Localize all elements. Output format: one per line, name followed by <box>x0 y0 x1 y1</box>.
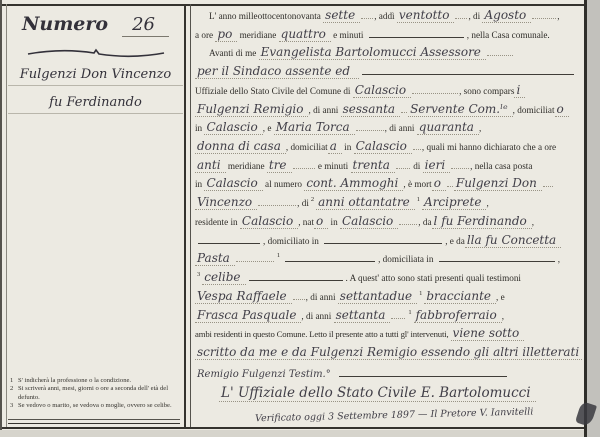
footnote-bottom-rule <box>8 419 180 420</box>
handwritten-text: sette <box>323 8 360 23</box>
document-line: Remigio Fulgenzi Testim.° <box>195 362 583 384</box>
right-gutter <box>587 0 600 437</box>
dotted-rule <box>487 53 513 56</box>
print-text: , di anni <box>308 105 340 115</box>
document-line: donna di casa, domiciliata in Calascio, … <box>195 137 583 156</box>
print-text: , nat <box>298 217 314 227</box>
footnote-3: 3 Se vedovo o marito, se vedova o moglie… <box>10 402 180 410</box>
print-text: meridiane <box>226 161 267 171</box>
handwritten-text: Calascio <box>204 120 262 135</box>
footnote-1: 1 S' indicherà la professione o la condi… <box>10 377 180 385</box>
document-line: Vespa Raffaele, di anni settantadue1brac… <box>195 287 583 306</box>
document-line: residente in Calascio, nato in Calascio,… <box>195 212 583 231</box>
blank-field-line <box>362 71 574 75</box>
handwritten-text: Calascio <box>204 176 262 191</box>
handwritten-text: i <box>514 83 525 98</box>
print-text: , quali mi hanno dichiarato che a ore <box>422 142 556 152</box>
print-text: , <box>558 254 560 264</box>
print-text: , di <box>297 198 309 208</box>
record-number-value: 26 <box>122 14 169 37</box>
dotted-rule <box>293 166 315 169</box>
footnote-2-text: Si scriverà anni, mesi, giorni o ore a s… <box>18 385 180 402</box>
blank-field-line <box>285 258 375 262</box>
dotted-rule <box>532 16 556 19</box>
print-text: di <box>411 161 423 171</box>
print-text: , <box>532 217 534 227</box>
print-text: , <box>557 11 559 21</box>
handwritten-text: Pasta <box>195 251 235 266</box>
print-text: . A quest' atto sono stati presenti qual… <box>346 273 521 283</box>
handwritten-text: celibe <box>202 270 245 285</box>
print-text: , nella Casa comunale. <box>467 30 550 40</box>
dotted-rule <box>543 184 553 187</box>
print-text: L' anno milleottocentonovanta <box>209 11 323 21</box>
document-line: Avanti di me Evangelista Bartolomucci As… <box>195 43 583 62</box>
footnote-1-text: S' indicherà la professione o la condizi… <box>18 377 180 385</box>
dotted-rule <box>399 222 417 225</box>
footnote-ref-sup: 1 <box>408 309 411 316</box>
dotted-rule <box>447 184 453 187</box>
handwritten-text: Fulgenzi Remigio <box>195 102 308 117</box>
footnote-ref-sup: 1 <box>277 252 280 259</box>
handwritten-text: anti <box>195 158 226 173</box>
handwritten-text: Calascio <box>240 214 298 229</box>
dotted-rule <box>258 203 296 206</box>
print-text: , e <box>496 292 505 302</box>
print-text: ambi residenti in questo Comune. Letto i… <box>195 329 451 339</box>
handwritten-text: donna di casa <box>195 139 286 154</box>
handwritten-text: o <box>314 214 328 229</box>
handwritten-text: Maria Torca <box>274 120 355 135</box>
handwritten-text: Verificato oggi 3 Settembre 1897 — Il Pr… <box>253 406 538 424</box>
document-line: in Calascio, e Maria Torca, di anni quar… <box>195 118 583 137</box>
handwritten-text: Remigio Fulgenzi Testim.° <box>195 369 336 380</box>
handwritten-text: Frasca Pasquale <box>195 308 301 323</box>
print-text: , di anni <box>301 311 333 321</box>
dotted-rule <box>401 110 407 113</box>
handwritten-text: viene sotto <box>451 326 525 341</box>
document-line: , domiciliato in , e dalla fu Concetta <box>195 231 583 250</box>
dotted-rule <box>451 166 469 169</box>
document-line: Vincenzo, di2anni ottantatre1Arciprete, <box>195 193 583 212</box>
blank-field-line <box>249 277 343 281</box>
print-text: , domiciliato in <box>263 236 321 246</box>
blank-field-line <box>324 240 442 244</box>
document-line: L' anno milleottocentonovanta sette, add… <box>195 6 583 25</box>
footnote-3-text: Se vedovo o marito, se vedova o moglie, … <box>18 402 180 410</box>
handwritten-text: a <box>328 139 342 154</box>
print-text: , <box>479 123 481 133</box>
dotted-rule <box>412 91 458 94</box>
handwritten-text: trenta <box>351 158 395 173</box>
print-text: in <box>342 142 354 152</box>
print-text: a ore <box>195 30 215 40</box>
print-text: , <box>502 311 504 321</box>
print-text: , e da <box>445 236 465 246</box>
footnote-2-number: 2 <box>10 385 18 402</box>
print-text: in <box>328 217 340 227</box>
deceased-patronymic-margin: fu Ferdinando <box>8 95 183 114</box>
handwritten-text: Fulgenzi Don <box>454 176 542 191</box>
print-text: , e <box>263 123 274 133</box>
footnote-ref-sup: 1 <box>417 196 420 203</box>
handwritten-text: scritto da me e da Fulgenzi Remigio esse… <box>195 345 583 360</box>
print-text: e minuti <box>316 161 351 171</box>
dotted-rule <box>293 297 305 300</box>
handwritten-text: Arciprete <box>422 195 486 210</box>
document-line: Frasca Pasquale, di anni settanta1fabbro… <box>195 306 583 325</box>
dotted-rule <box>455 16 467 19</box>
blank-field-line <box>369 34 464 38</box>
margin-column: Numero 26 Fulgenzi Don Vincenzo fu Ferdi… <box>8 5 183 427</box>
dotted-rule <box>391 316 405 319</box>
column-divider-inner-rule <box>190 4 191 429</box>
blank-field-line <box>439 258 555 262</box>
blank-field-line <box>339 373 507 377</box>
handwritten-text: bracciante <box>424 289 496 304</box>
handwritten-text: Agosto <box>482 8 531 23</box>
document-line: Fulgenzi Remigio, di anni sessantaServen… <box>195 100 583 119</box>
handwritten-text: ieri <box>423 158 451 173</box>
bottom-border-rule <box>2 427 584 429</box>
document-line: Uffiziale dello Stato Civile del Comune … <box>195 81 583 100</box>
print-text: , nella casa posta <box>470 161 532 171</box>
handwritten-text: per il Sindaco assente ed <box>195 64 359 79</box>
deceased-name-margin: Fulgenzi Don Vincenzo <box>8 67 183 86</box>
footnote-ref-sup: 2 <box>311 196 314 203</box>
dotted-rule <box>361 16 373 19</box>
act-body-text: L' anno milleottocentonovanta sette, add… <box>195 6 583 427</box>
handwritten-text: quaranta <box>417 120 479 135</box>
document-line: anti meridiane tre e minuti trenta di ie… <box>195 156 583 175</box>
print-text: al numero <box>263 179 305 189</box>
print-text: e minuti <box>331 30 366 40</box>
column-divider-rule <box>184 4 186 429</box>
document-line: in Calascio al numero cont. Ammoghi, è m… <box>195 174 583 193</box>
blank-field-line <box>198 240 260 244</box>
handwritten-text: o <box>555 102 569 117</box>
handwritten-text: fabbroferraio <box>414 308 502 323</box>
print-text: , da <box>418 217 431 227</box>
record-number-row: Numero 26 <box>8 13 183 37</box>
handwritten-text: l fu Ferdinando <box>432 214 532 229</box>
footnote-3-number: 3 <box>10 402 18 410</box>
handwritten-text: sessanta <box>341 102 400 117</box>
print-text: residente in <box>195 217 240 227</box>
print-text: Uffiziale dello Stato Civile del Comune … <box>195 86 353 96</box>
document-line: per il Sindaco assente ed <box>195 62 583 81</box>
dotted-rule <box>356 128 384 131</box>
footnote-2: 2 Si scriverà anni, mesi, giorni o ore a… <box>10 385 180 402</box>
print-text: , di <box>468 11 482 21</box>
print-text: , di anni <box>306 292 338 302</box>
handwritten-text: lla fu Concetta <box>465 233 561 248</box>
handwritten-text: L' Uffiziale dello Stato Civile E. Barto… <box>219 385 536 402</box>
document-line: Pasta1, domiciliata in , <box>195 249 583 268</box>
page-left-edge <box>0 0 2 437</box>
print-text: , domiciliat <box>286 142 328 152</box>
handwritten-text: po <box>215 27 237 42</box>
print-text: , domiciliata in <box>378 254 436 264</box>
handwritten-text: Vespa Raffaele <box>195 289 292 304</box>
print-text: meridiane <box>237 30 278 40</box>
print-text: , <box>486 198 488 208</box>
document-line: ambi residenti in questo Comune. Letto i… <box>195 324 583 343</box>
handwritten-text: o <box>432 176 446 191</box>
handwritten-text: Servente Com.ˡᵉ <box>408 102 513 117</box>
handwritten-text: settanta <box>334 308 391 323</box>
print-text: , domiciliat <box>513 105 555 115</box>
handwritten-text: settantadue <box>338 289 417 304</box>
handwritten-text: anni ottantatre <box>316 195 415 210</box>
handwritten-text: quattro <box>279 27 331 42</box>
dotted-rule <box>236 259 274 262</box>
footnote-ref-sup: 1 <box>419 290 422 297</box>
page-bottom-margin <box>0 430 586 437</box>
handwritten-text: ventotto <box>397 8 455 23</box>
footnote-ref-sup: 3 <box>197 271 200 278</box>
document-line: 3celibe. A quest' atto sono stati presen… <box>195 268 583 287</box>
footnote-bottom-rule-2 <box>8 423 180 424</box>
page-left-inner-rule <box>6 4 7 429</box>
form-footnotes: 1 S' indicherà la professione o la condi… <box>10 377 180 411</box>
handwritten-text: Calascio <box>353 83 411 98</box>
print-text: , sono compars <box>459 86 514 96</box>
document-line: a ore po meridiane quattro e minuti , ne… <box>195 25 583 44</box>
print-text: , di anni <box>385 123 417 133</box>
numero-label: Numero <box>22 13 108 35</box>
handwritten-text: cont. Ammoghi <box>304 176 403 191</box>
dotted-rule <box>413 147 421 150</box>
footnote-1-number: 1 <box>10 377 18 385</box>
handwritten-text: Calascio <box>354 139 412 154</box>
print-text: , è mort <box>403 179 431 189</box>
flourish-swash <box>26 47 166 59</box>
handwritten-text: Calascio <box>340 214 398 229</box>
handwritten-text: Evangelista Bartolomucci Assessore <box>259 45 486 60</box>
handwritten-text: Vincenzo <box>195 195 257 210</box>
print-text: Avanti di me <box>209 48 259 58</box>
death-record-scan: Numero 26 Fulgenzi Don Vincenzo fu Ferdi… <box>0 0 600 437</box>
dotted-rule <box>396 166 410 169</box>
handwritten-text: tre <box>267 158 292 173</box>
document-line: scritto da me e da Fulgenzi Remigio esse… <box>195 343 583 362</box>
print-text: , addì <box>374 11 397 21</box>
